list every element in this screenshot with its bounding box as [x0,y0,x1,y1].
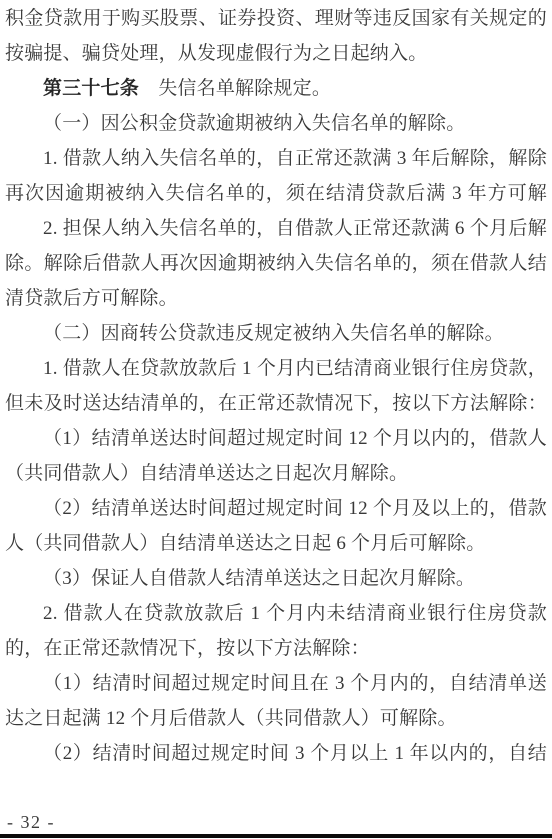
text-line: 达之日起满 12 个月后借款人（共同借款人）可解除。 [5,701,547,736]
page-number: - 32 - [7,812,55,833]
text-line: 人（共同借款人）自结清单送达之日起 6 个月后可解除。 [5,526,547,561]
document-page: 积金贷款用于购买股票、证券投资、理财等违反国家有关规定的按骗提、骗贷处理，从发现… [0,0,552,839]
bottom-border [0,834,552,838]
text-line: 的，在正常还款情况下，按以下方法解除： [5,631,547,666]
document-body: 积金贷款用于购买股票、证券投资、理财等违反国家有关规定的按骗提、骗贷处理，从发现… [5,1,547,771]
text-line: 但未及时送达结清单的，在正常还款情况下，按以下方法解除： [5,386,547,421]
text-line: （共同借款人）自结清单送达之日起次月解除。 [5,456,547,491]
text-line: 清贷款后方可解除。 [5,281,547,316]
text-line: （二）因商转公贷款违反规定被纳入失信名单的解除。 [5,316,547,351]
text-line: 积金贷款用于购买股票、证券投资、理财等违反国家有关规定的 [5,1,547,36]
text-line: 第三十七条 失信名单解除规定。 [5,71,547,106]
text-line: 除。解除后借款人再次因逾期被纳入失信名单的，须在借款人结 [5,246,547,281]
text-line: 1. 借款人在贷款放款后 1 个月内已结清商业银行住房贷款， [5,351,547,386]
text-line: （1）结清时间超过规定时间且在 3 个月内的，自结清单送 [5,666,547,701]
article-heading-bold: 第三十七条 [43,78,139,99]
text-line: （2）结清单送达时间超过规定时间 12 个月及以上的，借款 [5,491,547,526]
text-line: 2. 担保人纳入失信名单的，自借款人正常还款满 6 个月后解 [5,211,547,246]
text-line: （一）因公积金贷款逾期被纳入失信名单的解除。 [5,106,547,141]
text-line: （3）保证人自借款人结清单送达之日起次月解除。 [5,561,547,596]
text-line: 再次因逾期被纳入失信名单的，须在结清贷款后满 3 年方可解除。 [5,176,547,211]
text-line: （1）结清单送达时间超过规定时间 12 个月以内的，借款人 [5,421,547,456]
text-line: 1. 借款人纳入失信名单的，自正常还款满 3 年后解除，解除后 [5,141,547,176]
text-line: 按骗提、骗贷处理，从发现虚假行为之日起纳入。 [5,36,547,71]
text-line: （2）结清时间超过规定时间 3 个月以上 1 年以内的，自结 [5,736,547,771]
text-line: 2. 借款人在贷款放款后 1 个月内未结清商业银行住房贷款 [5,596,547,631]
